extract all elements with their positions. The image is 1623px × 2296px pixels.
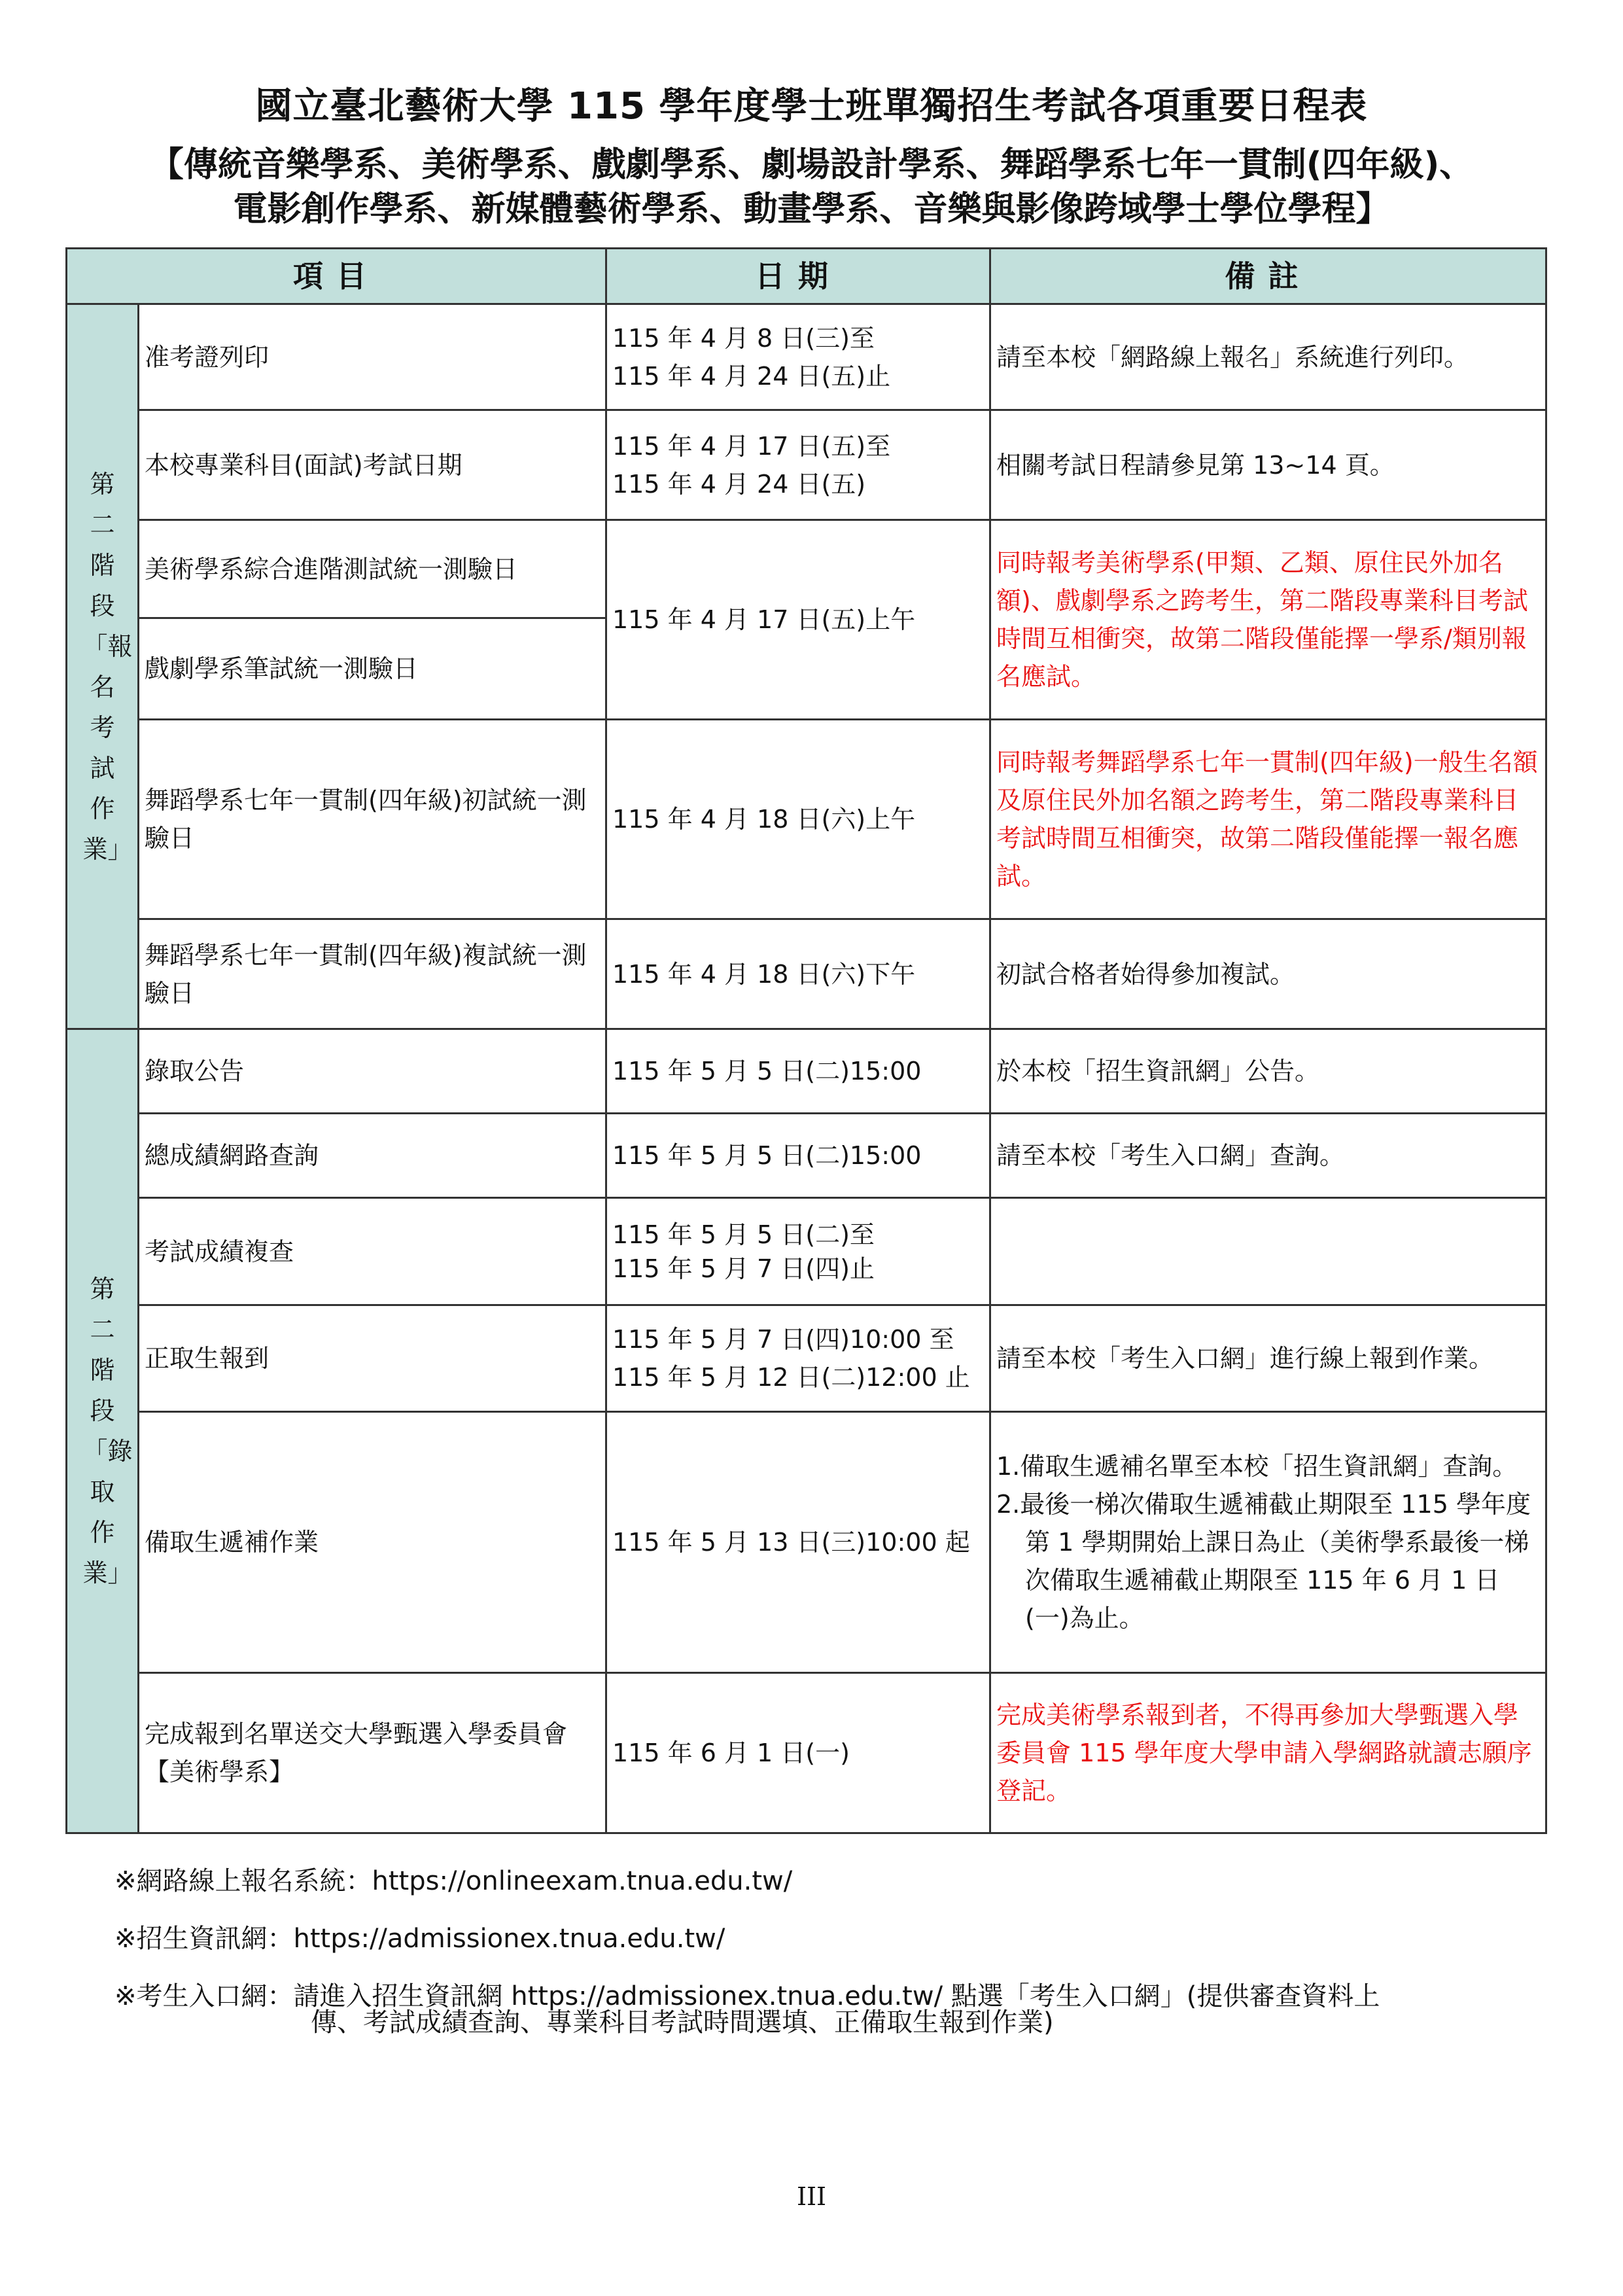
table-row: 考試成績複查 115 年 5 月 5 日(二)至 115 年 5 月 7 日(四…: [67, 1198, 1546, 1305]
table-row: 本校專業科目(面試)考試日期 115 年 4 月 17 日(五)至 115 年 …: [67, 410, 1546, 520]
item-cell: 准考證列印: [139, 304, 606, 410]
table-row: 舞蹈學系七年一貫制(四年級)初試統一測驗日 115 年 4 月 18 日(六)上…: [67, 720, 1546, 919]
remark-cell: 1.備取生遞補名單至本校「招生資訊網」查詢。 2.最後一梯次備取生遞補截止期限至…: [990, 1412, 1546, 1673]
date-cell: 115 年 5 月 5 日(二)至 115 年 5 月 7 日(四)止: [606, 1198, 990, 1305]
header-date: 日期: [606, 249, 990, 304]
remark-cell: 請至本校「考生入口網」進行線上報到作業。: [990, 1305, 1546, 1412]
table-row: 美術學系綜合進階測試統一測驗日 115 年 4 月 17 日(五)上午 同時報考…: [67, 520, 1546, 618]
table-row: 第二階段「錄取作業」 錄取公告 115 年 5 月 5 日(二)15:00 於本…: [67, 1029, 1546, 1114]
date-cell: 115 年 5 月 13 日(三)10:00 起: [606, 1412, 990, 1673]
item-cell: 美術學系綜合進階測試統一測驗日: [139, 520, 606, 618]
footnote-applicant-portal: ※考生入口網：請進入招生資訊網 https://admissionex.tnua…: [114, 1977, 1521, 2042]
footnote-registration-system: ※網路線上報名系統：https://onlineexam.tnua.edu.tw…: [114, 1862, 1521, 1901]
item-cell: 總成績網路查詢: [139, 1114, 606, 1198]
date-cell: 115 年 4 月 17 日(五)至 115 年 4 月 24 日(五): [606, 410, 990, 520]
item-cell: 本校專業科目(面試)考試日期: [139, 410, 606, 520]
header-remark: 備註: [990, 249, 1546, 304]
remark-list-item: 2.最後一梯次備取生遞補截止期限至 115 學年度第 1 學期開始上課日為止（美…: [996, 1485, 1540, 1637]
item-cell: 備取生遞補作業: [139, 1412, 606, 1673]
remark-cell: 相關考試日程請參見第 13~14 頁。: [990, 410, 1546, 520]
remark-list-item: 1.備取生遞補名單至本校「招生資訊網」查詢。: [996, 1447, 1540, 1485]
table-header-row: 項目 日期 備註: [67, 249, 1546, 304]
document-subtitle: 【傳統音樂學系、美術學系、戲劇學系、劇場設計學系、舞蹈學系七年一貫制(四年級)、…: [0, 143, 1623, 232]
table-row: 備取生遞補作業 115 年 5 月 13 日(三)10:00 起 1.備取生遞補…: [67, 1412, 1546, 1673]
table-row: 舞蹈學系七年一貫制(四年級)複試統一測驗日 115 年 4 月 18 日(六)下…: [67, 919, 1546, 1029]
remark-cell: 於本校「招生資訊網」公告。: [990, 1029, 1546, 1114]
remark-cell: [990, 1198, 1546, 1305]
table-row: 第二階段「報名考試作業」 准考證列印 115 年 4 月 8 日(三)至 115…: [67, 304, 1546, 410]
item-cell: 舞蹈學系七年一貫制(四年級)初試統一測驗日: [139, 720, 606, 919]
date-cell: 115 年 4 月 8 日(三)至 115 年 4 月 24 日(五)止: [606, 304, 990, 410]
table-row: 完成報到名單送交大學甄選入學委員會【美術學系】 115 年 6 月 1 日(一)…: [67, 1673, 1546, 1833]
remark-list: 1.備取生遞補名單至本校「招生資訊網」查詢。 2.最後一梯次備取生遞補截止期限至…: [996, 1447, 1540, 1637]
subtitle-line-2: 電影創作學系、新媒體藝術學系、動畫學系、音樂與影像跨域學士學位學程】: [0, 187, 1623, 232]
remark-cell: 請至本校「考生入口網」查詢。: [990, 1114, 1546, 1198]
schedule-table: 項目 日期 備註 第二階段「報名考試作業」 准考證列印 115 年 4 月 8 …: [65, 247, 1547, 1834]
registration-system-url[interactable]: https://onlineexam.tnua.edu.tw/: [372, 1866, 793, 1896]
remark-cell-warning: 同時報考美術學系(甲類、乙類、原住民外加名額)、戲劇學系之跨考生，第二階段專業科…: [990, 520, 1546, 720]
admission-info-url[interactable]: https://admissionex.tnua.edu.tw/: [294, 1924, 725, 1954]
item-cell: 完成報到名單送交大學甄選入學委員會【美術學系】: [139, 1673, 606, 1833]
page-number: III: [0, 2182, 1623, 2211]
subtitle-line-1: 【傳統音樂學系、美術學系、戲劇學系、劇場設計學系、舞蹈學系七年一貫制(四年級)、: [0, 143, 1623, 187]
footnote-admission-info: ※招生資訊網：https://admissionex.tnua.edu.tw/: [114, 1919, 1521, 1958]
remark-cell: 初試合格者始得參加複試。: [990, 919, 1546, 1029]
section-label-registration: 第二階段「報名考試作業」: [67, 304, 139, 1029]
date-cell: 115 年 5 月 7 日(四)10:00 至 115 年 5 月 12 日(二…: [606, 1305, 990, 1412]
table-row: 正取生報到 115 年 5 月 7 日(四)10:00 至 115 年 5 月 …: [67, 1305, 1546, 1412]
remark-cell: 請至本校「網路線上報名」系統進行列印。: [990, 304, 1546, 410]
date-cell: 115 年 6 月 1 日(一): [606, 1673, 990, 1833]
item-cell: 正取生報到: [139, 1305, 606, 1412]
date-cell: 115 年 5 月 5 日(二)15:00: [606, 1029, 990, 1114]
table-row: 總成績網路查詢 115 年 5 月 5 日(二)15:00 請至本校「考生入口網…: [67, 1114, 1546, 1198]
remark-cell-warning: 同時報考舞蹈學系七年一貫制(四年級)一般生名額及原住民外加名額之跨考生，第二階段…: [990, 720, 1546, 919]
item-cell: 錄取公告: [139, 1029, 606, 1114]
date-cell: 115 年 5 月 5 日(二)15:00: [606, 1114, 990, 1198]
document-title: 國立臺北藝術大學 115 學年度學士班單獨招生考試各項重要日程表: [0, 77, 1623, 130]
item-cell: 舞蹈學系七年一貫制(四年級)複試統一測驗日: [139, 919, 606, 1029]
date-cell: 115 年 4 月 18 日(六)上午: [606, 720, 990, 919]
remark-cell-warning: 完成美術學系報到者，不得再參加大學甄選入學委員會 115 學年度大學申請入學網路…: [990, 1673, 1546, 1833]
item-cell: 考試成績複查: [139, 1198, 606, 1305]
date-cell: 115 年 4 月 18 日(六)下午: [606, 919, 990, 1029]
header-item: 項目: [67, 249, 606, 304]
footnotes: ※網路線上報名系統：https://onlineexam.tnua.edu.tw…: [114, 1862, 1521, 2060]
item-cell: 戲劇學系筆試統一測驗日: [139, 618, 606, 720]
section-label-admission: 第二階段「錄取作業」: [67, 1029, 139, 1833]
date-cell: 115 年 4 月 17 日(五)上午: [606, 520, 990, 720]
